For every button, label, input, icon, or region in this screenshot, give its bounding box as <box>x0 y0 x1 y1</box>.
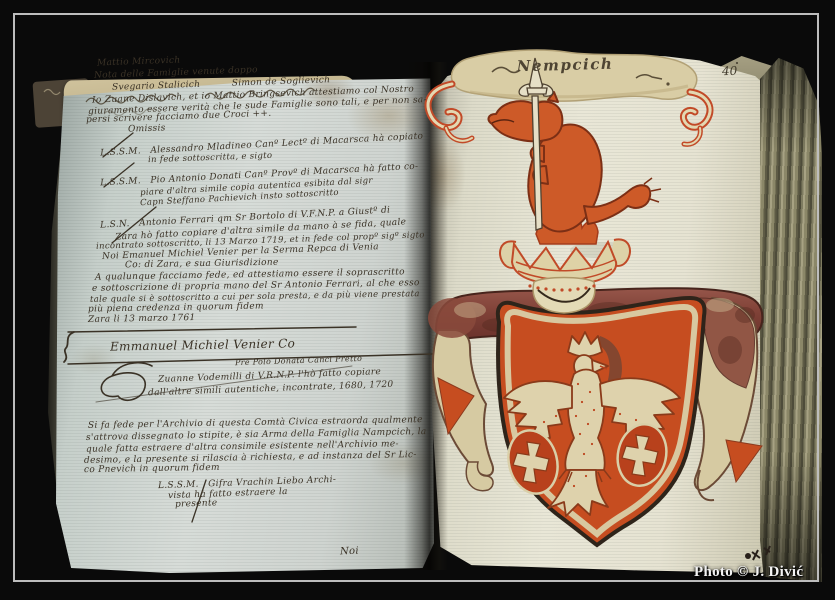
manuscript-photo: Mattio MircovichNota delle Famiglie venu… <box>0 0 835 600</box>
photographer-watermark: Photo © J. Divić <box>694 564 803 581</box>
page-number-dot <box>736 62 738 64</box>
left-page <box>56 76 434 573</box>
book-fore-edge <box>760 58 822 582</box>
manuscript-line: Mattio Mircovich <box>97 56 181 69</box>
book-gutter-shadow <box>404 62 448 570</box>
page-number: 40 <box>722 64 738 79</box>
right-page <box>430 50 776 573</box>
